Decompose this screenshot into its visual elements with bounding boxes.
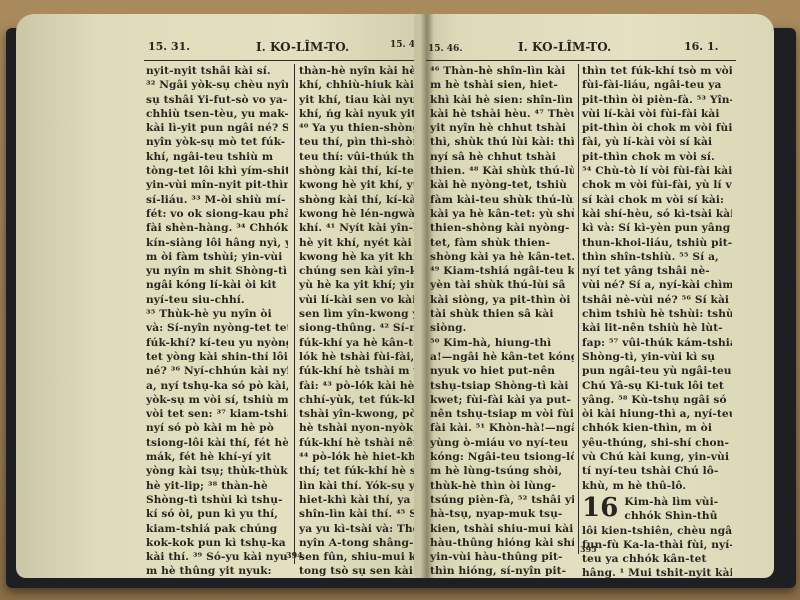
left-header-ref-left: 15. 31. bbox=[148, 40, 190, 53]
text-line: nyîn A-tong shâng-tsò bbox=[299, 536, 427, 550]
text-line: sen fûn, shiu-mui kài A- bbox=[299, 550, 427, 564]
text-line: yèn tài shùk thú-lùi sâ bbox=[430, 278, 574, 292]
text-line: hè yit khí, nyét kài yîn- bbox=[299, 236, 427, 250]
text-line: chhí-yùk, tet fúk-khí hè bbox=[299, 393, 427, 407]
text-line: nyí sâ hè chhut tshài bbox=[430, 150, 574, 164]
text-line: yit nyîn hè chhut tshài bbox=[430, 121, 574, 135]
text-line: chìm tshiù hè tshùi: tshùi bbox=[582, 307, 732, 321]
text-line: sen lìm yîn-kwong ya m bbox=[299, 307, 427, 321]
text-line: ⁴⁹ Kiam-tshiá ngâi-teu kì- bbox=[430, 264, 574, 278]
text-line: chúng sen kài yîn-kwong bbox=[299, 264, 427, 278]
text-line: vùi né? Sí a, nyí-kài chìm bbox=[582, 278, 732, 292]
text-line: thun-khoi-liáu, tshiù pit- bbox=[582, 236, 732, 250]
text-line: kiam-tshiá pak chúng bbox=[146, 522, 288, 536]
text-line: kín-siàng lôi hâng nyì, yù bbox=[146, 236, 288, 250]
text-line: chok m vòi fùi-fài, yù lí vòi bbox=[582, 178, 732, 192]
text-line: teu thí, pìn thì-shòng kài bbox=[299, 135, 427, 149]
text-line: pit-thìn òi chok m vòi fùi- bbox=[582, 121, 732, 135]
text-line: siòng. bbox=[430, 321, 574, 335]
text-line: m hè thûng yit nyuk: bbox=[146, 564, 288, 578]
left-column-separator bbox=[294, 64, 295, 564]
text-line: yòng kài tsụ; thùk-thùk bbox=[146, 464, 288, 478]
text-line: kài lit-nên tshiù hè lùt- bbox=[582, 321, 732, 335]
text-line: nyîn yòk-sụ mò tet fúk- bbox=[146, 135, 288, 149]
text-line: ya yu kì-tsài và: Thèu yit bbox=[299, 522, 427, 536]
text-line: tshâi nè-vùi né? ⁵⁶ Sí kài bbox=[582, 293, 732, 307]
text-line: kwong hè ka yit khí, bbox=[299, 250, 427, 264]
right-page-header: 15. 46. I. KO-LÎM-TO. 16. 1. bbox=[414, 36, 774, 58]
text-line: yâng. ⁵⁸ Kù-tshụ ngâi só bbox=[582, 393, 732, 407]
text-line: khí, chhiù-hiuk kài nyuk bbox=[299, 78, 427, 92]
text-line: khí, ńg kài nyuk yit khí. bbox=[299, 107, 427, 121]
text-line: tshụ-tsiap Shòng-tì kài bbox=[430, 379, 574, 393]
text-line: tsiong-lôi kài thí, fét hè bbox=[146, 436, 288, 450]
text-line: nên tshụ-tsiap m vòi fùi- bbox=[430, 407, 574, 421]
text-line: ⁵⁰ Kim-hà, hiung-thì bbox=[430, 336, 574, 350]
text-line: siong-thûng. ⁴² Sí-nyîn bbox=[299, 321, 427, 335]
text-line: yêu-thúng, shi-shí chon- bbox=[582, 436, 732, 450]
text-line: khí, ngâi-teu tshiù m bbox=[146, 150, 288, 164]
text-line: thìn hióng, sí-nyîn pit- bbox=[430, 564, 574, 578]
text-line: ³² Ngâi yòk-sụ chèu nyîn bbox=[146, 78, 288, 92]
text-line: yùng ò-miáu vo nyí-teu bbox=[430, 436, 574, 450]
text-line: fài, yù lí-kài vòi sí kài bbox=[582, 135, 732, 149]
left-page: 15. 31. I. KO-LÎM-TO. 15. 45. nyit-nyit … bbox=[16, 14, 430, 578]
text-line: kwet; fùi-fài kài ya put- bbox=[430, 393, 574, 407]
text-line: thìn tet fúk-khí tsò m vòi bbox=[582, 64, 732, 78]
text-line: và: Sí-nyîn nyòng-tet tet bbox=[146, 321, 288, 335]
text-line: fap: ⁵⁷ vûi-thúk kám-tshiá bbox=[582, 336, 732, 350]
text-line: tet yòng kài shin-thí lôi bbox=[146, 350, 288, 364]
text-line: vùi lí-kài vòi fùi-fài kài bbox=[582, 107, 732, 121]
text-line: fúk-khí? kí-teu yu nyòng- bbox=[146, 336, 288, 350]
text-line: chhók kien-thìn, m òi bbox=[582, 421, 732, 435]
text-line: hàu-thûng hióng kài shí, bbox=[430, 536, 574, 550]
text-line: ⁴⁴ pò-lók hè hiet-khì kài bbox=[299, 450, 427, 464]
text-line: vù Chú kài kung, yin-vùi bbox=[582, 450, 732, 464]
text-line: tí nyí-teu tshài Chú lô- bbox=[582, 464, 732, 478]
text-line: kài ya hè kân-tet: yù shùk bbox=[430, 207, 574, 221]
text-line: ⁴⁰ Ya yu thien-shòng kài bbox=[299, 121, 427, 135]
text-line: pun ngâi-teu yù ngâi-teu bbox=[582, 364, 732, 378]
text-line: nyí só pò kài m hè pò bbox=[146, 421, 288, 435]
chapter-number: 16 bbox=[582, 495, 618, 521]
left-column-2: thàn-hè nyîn kài hè yitkhí, chhiù-hiuk k… bbox=[299, 64, 427, 578]
text-line: hâng. ¹ Mui tshit-nyit kài bbox=[582, 566, 732, 578]
text-line: shîn-lìn kài thí. ⁴⁵ Só-yu bbox=[299, 507, 427, 521]
text-line: hiet-khì kài thí, ya yu bbox=[299, 493, 427, 507]
text-line: kài thí. ³⁹ Só-yu kài nyuk bbox=[146, 550, 288, 564]
text-line: tsúng pièn-fà, ⁵² tshâi yit bbox=[430, 493, 574, 507]
text-line: Shòng-tì, yin-vùi kì sụ bbox=[582, 350, 732, 364]
text-line: thàn-hè nyîn kài hè yit bbox=[299, 64, 427, 78]
text-line: shòng kài thí, kí-kài yîn- bbox=[299, 193, 427, 207]
book-gutter bbox=[420, 14, 434, 578]
right-header-ref-right: 16. 1. bbox=[684, 40, 718, 53]
text-line: teu ya chhók kân-tet bbox=[582, 552, 732, 566]
text-line: kwong hè lén-ngwài yit bbox=[299, 207, 427, 221]
text-line: fài shèn-hàng. ³⁴ Chhók bbox=[146, 221, 288, 235]
text-line: pit-thìn chok m vòi sí. bbox=[582, 150, 732, 164]
text-line: tòng-tet lôi khì yím-shit, bbox=[146, 164, 288, 178]
right-page-number: 395 bbox=[580, 544, 597, 554]
text-line: fúk-khí ya hè kân-tet. Pò- bbox=[299, 336, 427, 350]
text-line: vùi lí-kài sen vo kài-kài bbox=[299, 293, 427, 307]
text-line: a, nyí tshụ-ka só pò kài, bbox=[146, 379, 288, 393]
text-line: thìn shîn-tshiù. ⁵⁵ Sí a, bbox=[582, 250, 732, 264]
text-line: m hè tshài sien, hiet- bbox=[430, 78, 574, 92]
text-line: chhiù tsen-tèu, yu mak- bbox=[146, 107, 288, 121]
left-page-header: 15. 31. I. KO-LÎM-TO. 15. 45. bbox=[16, 36, 430, 58]
text-line: ngâi kóng lí-kài òi kit bbox=[146, 278, 288, 292]
text-line: kí só òi, pun kì yu thí, bbox=[146, 507, 288, 521]
text-line: kok-kok pun kì tshụ-ka bbox=[146, 536, 288, 550]
text-line: kài siòng, ya pit-thìn òi bbox=[430, 293, 574, 307]
text-line: kài hè nyòng-tet, tshiù bbox=[430, 178, 574, 192]
text-line: sí kài chok m vòi sí kài: bbox=[582, 193, 732, 207]
text-line: m òi fàm tshùi; yin-vùi bbox=[146, 250, 288, 264]
text-line: Kim-hà lìm vùi- bbox=[624, 495, 732, 509]
text-line: nyí-teu siu-chhí. bbox=[146, 293, 288, 307]
text-line: khù, m hè thû-lô. bbox=[582, 479, 732, 493]
text-line: thí; tet fúk-khí hè shîn- bbox=[299, 464, 427, 478]
text-line: Shòng-tì tshùi kì tshụ- bbox=[146, 493, 288, 507]
left-page-number: 394 bbox=[286, 550, 303, 560]
left-header-rule bbox=[144, 60, 424, 61]
text-line: yin-vùi hàu-thûng pit- bbox=[430, 550, 574, 564]
text-line: yù hè ka yit khí; yin- bbox=[299, 278, 427, 292]
text-line: yin-vùi mîn-nyit pit-thìn bbox=[146, 178, 288, 192]
left-header-title: I. KO-LÎM-TO. bbox=[256, 40, 349, 54]
text-line: yu nyîn m shit Shòng-tì: bbox=[146, 264, 288, 278]
text-line: ⁵⁴ Chù-tò lí vòi fùi-fài kài bbox=[582, 164, 732, 178]
text-line: pit-thìn òi pièn-fà. ⁵³ Yîn- bbox=[582, 93, 732, 107]
text-line: sụ tshâi Yi-fut-sò vo ya- bbox=[146, 93, 288, 107]
right-column-1: ⁴⁶ Thàn-hè shîn-lìn kàim hè tshài sien, … bbox=[430, 64, 574, 578]
text-line: fài kài. ⁵¹ Khòn-hà!—ngâi bbox=[430, 421, 574, 435]
text-line: né? ³⁶ Nyí-chhún kài nyîn bbox=[146, 364, 288, 378]
text-line: òi kài hiung-thì a, nyí-teu bbox=[582, 407, 732, 421]
text-line: tong tsò sụ sen kài shîn. bbox=[299, 564, 427, 578]
text-line: mák, fét hè khí-yí yit bbox=[146, 450, 288, 464]
text-line: yit khí, tiau kài nyuk yit bbox=[299, 93, 427, 107]
text-line: kwong hè yit khí, yù thì- bbox=[299, 178, 427, 192]
text-line: tet, fàm shùk thien- bbox=[430, 236, 574, 250]
right-page: 15. 46. I. KO-LÎM-TO. 16. 1. ⁴⁶ Thàn-hè … bbox=[414, 14, 774, 578]
text-line: thùk-hè thìn òi lùng- bbox=[430, 479, 574, 493]
text-line: tài shùk thien sâ kài bbox=[430, 307, 574, 321]
text-line: nyí tet yâng tshâi nè- bbox=[582, 264, 732, 278]
text-line: lók hè tshài fùi-fài, tet bbox=[299, 350, 427, 364]
text-line: m hè lùng-tsúng shòi, bbox=[430, 464, 574, 478]
right-column-separator bbox=[578, 64, 579, 554]
text-line: kóng: Ngâi-teu tsiong-lôi bbox=[430, 450, 574, 464]
text-line: Chú Yâ-sụ Ki-tuk lôi tet bbox=[582, 379, 732, 393]
right-header-rule bbox=[426, 60, 736, 61]
text-line: fàm kài-teu shùk thú-lùi bbox=[430, 193, 574, 207]
text-line: fúk-khí hè tshài nên-lit; bbox=[299, 436, 427, 450]
text-line: chhók Shìn-thû bbox=[624, 509, 732, 523]
text-line: nyuk vo hiet put-nên bbox=[430, 364, 574, 378]
text-line: khì kài hè sien: shîn-lìn bbox=[430, 93, 574, 107]
text-line: shòng kài ya hè kân-tet. bbox=[430, 250, 574, 264]
text-line: vòi tet sen: ³⁷ kiam-tshiá bbox=[146, 407, 288, 421]
text-line: lìn kài thí. Yók-sụ yu bbox=[299, 479, 427, 493]
text-line: thì, shùk thú lùi kài: thì bbox=[430, 135, 574, 149]
text-line: lôi kien-tshiên, chèu ngâi bbox=[582, 524, 732, 538]
text-line: ³⁵ Thùk-hè yu nyîn òi bbox=[146, 307, 288, 321]
text-line: hà-tsụ, nyap-muk tsụ- bbox=[430, 507, 574, 521]
text-line: nyit-nyit tshâi kài sí. bbox=[146, 64, 288, 78]
text-line: thien-shòng kài nyòng- bbox=[430, 221, 574, 235]
right-column-2: thìn tet fúk-khí tsò m vòifùi-fài-liáu, … bbox=[582, 64, 732, 578]
text-line: kài hè tshài hèu. ⁴⁷ Thèu bbox=[430, 107, 574, 121]
text-line: fun-fù Ka-la-thài fùi, nyí- bbox=[582, 538, 732, 552]
text-line: a!—ngâi hè kân-tet kóng, bbox=[430, 350, 574, 364]
text-line: fài: ⁴³ pò-lók kài hè tshài bbox=[299, 379, 427, 393]
text-line: kì và: Sí kì-yèn pun yâng bbox=[582, 221, 732, 235]
text-line: sí-liáu. ³³ M-òi shiù mí- bbox=[146, 193, 288, 207]
text-line: teu thí: vûi-thúk thien- bbox=[299, 150, 427, 164]
text-line: kien, tshài shiu-mui kài bbox=[430, 522, 574, 536]
text-line: shòng kài thí, kí-teu yîn- bbox=[299, 164, 427, 178]
text-line: khí. ⁴¹ Nyít kài yîn-kwong bbox=[299, 221, 427, 235]
chapter-16-block: 16Kim-hà lìm vùi-chhók Shìn-thûlôi kien-… bbox=[582, 495, 732, 578]
text-line: fúk-khí hè tshài m vòi fùi- bbox=[299, 364, 427, 378]
text-line: kài lì-yit pun ngâi né? Sí- bbox=[146, 121, 288, 135]
text-line: fùi-fài-liáu, ngâi-teu ya bbox=[582, 78, 732, 92]
right-header-title: I. KO-LÎM-TO. bbox=[518, 40, 611, 54]
text-line: thien. ⁴⁸ Kài shùk thú-lùi bbox=[430, 164, 574, 178]
text-line: ⁴⁶ Thàn-hè shîn-lìn kài bbox=[430, 64, 574, 78]
text-line: kài shí-hèu, só kì-tsài kài bbox=[582, 207, 732, 221]
text-line: tshài yîn-kwong, pò-lók bbox=[299, 407, 427, 421]
text-line: hè yit-lip; ³⁸ thàn-hè bbox=[146, 479, 288, 493]
text-line: hè tshài nyon-nyòk, tet bbox=[299, 421, 427, 435]
text-line: yòk-sụ m vòi sí, tshiù m bbox=[146, 393, 288, 407]
left-column-1: nyit-nyit tshâi kài sí.³² Ngâi yòk-sụ ch… bbox=[146, 64, 288, 578]
text-line: fét: vo ok siong-kau phài- bbox=[146, 207, 288, 221]
